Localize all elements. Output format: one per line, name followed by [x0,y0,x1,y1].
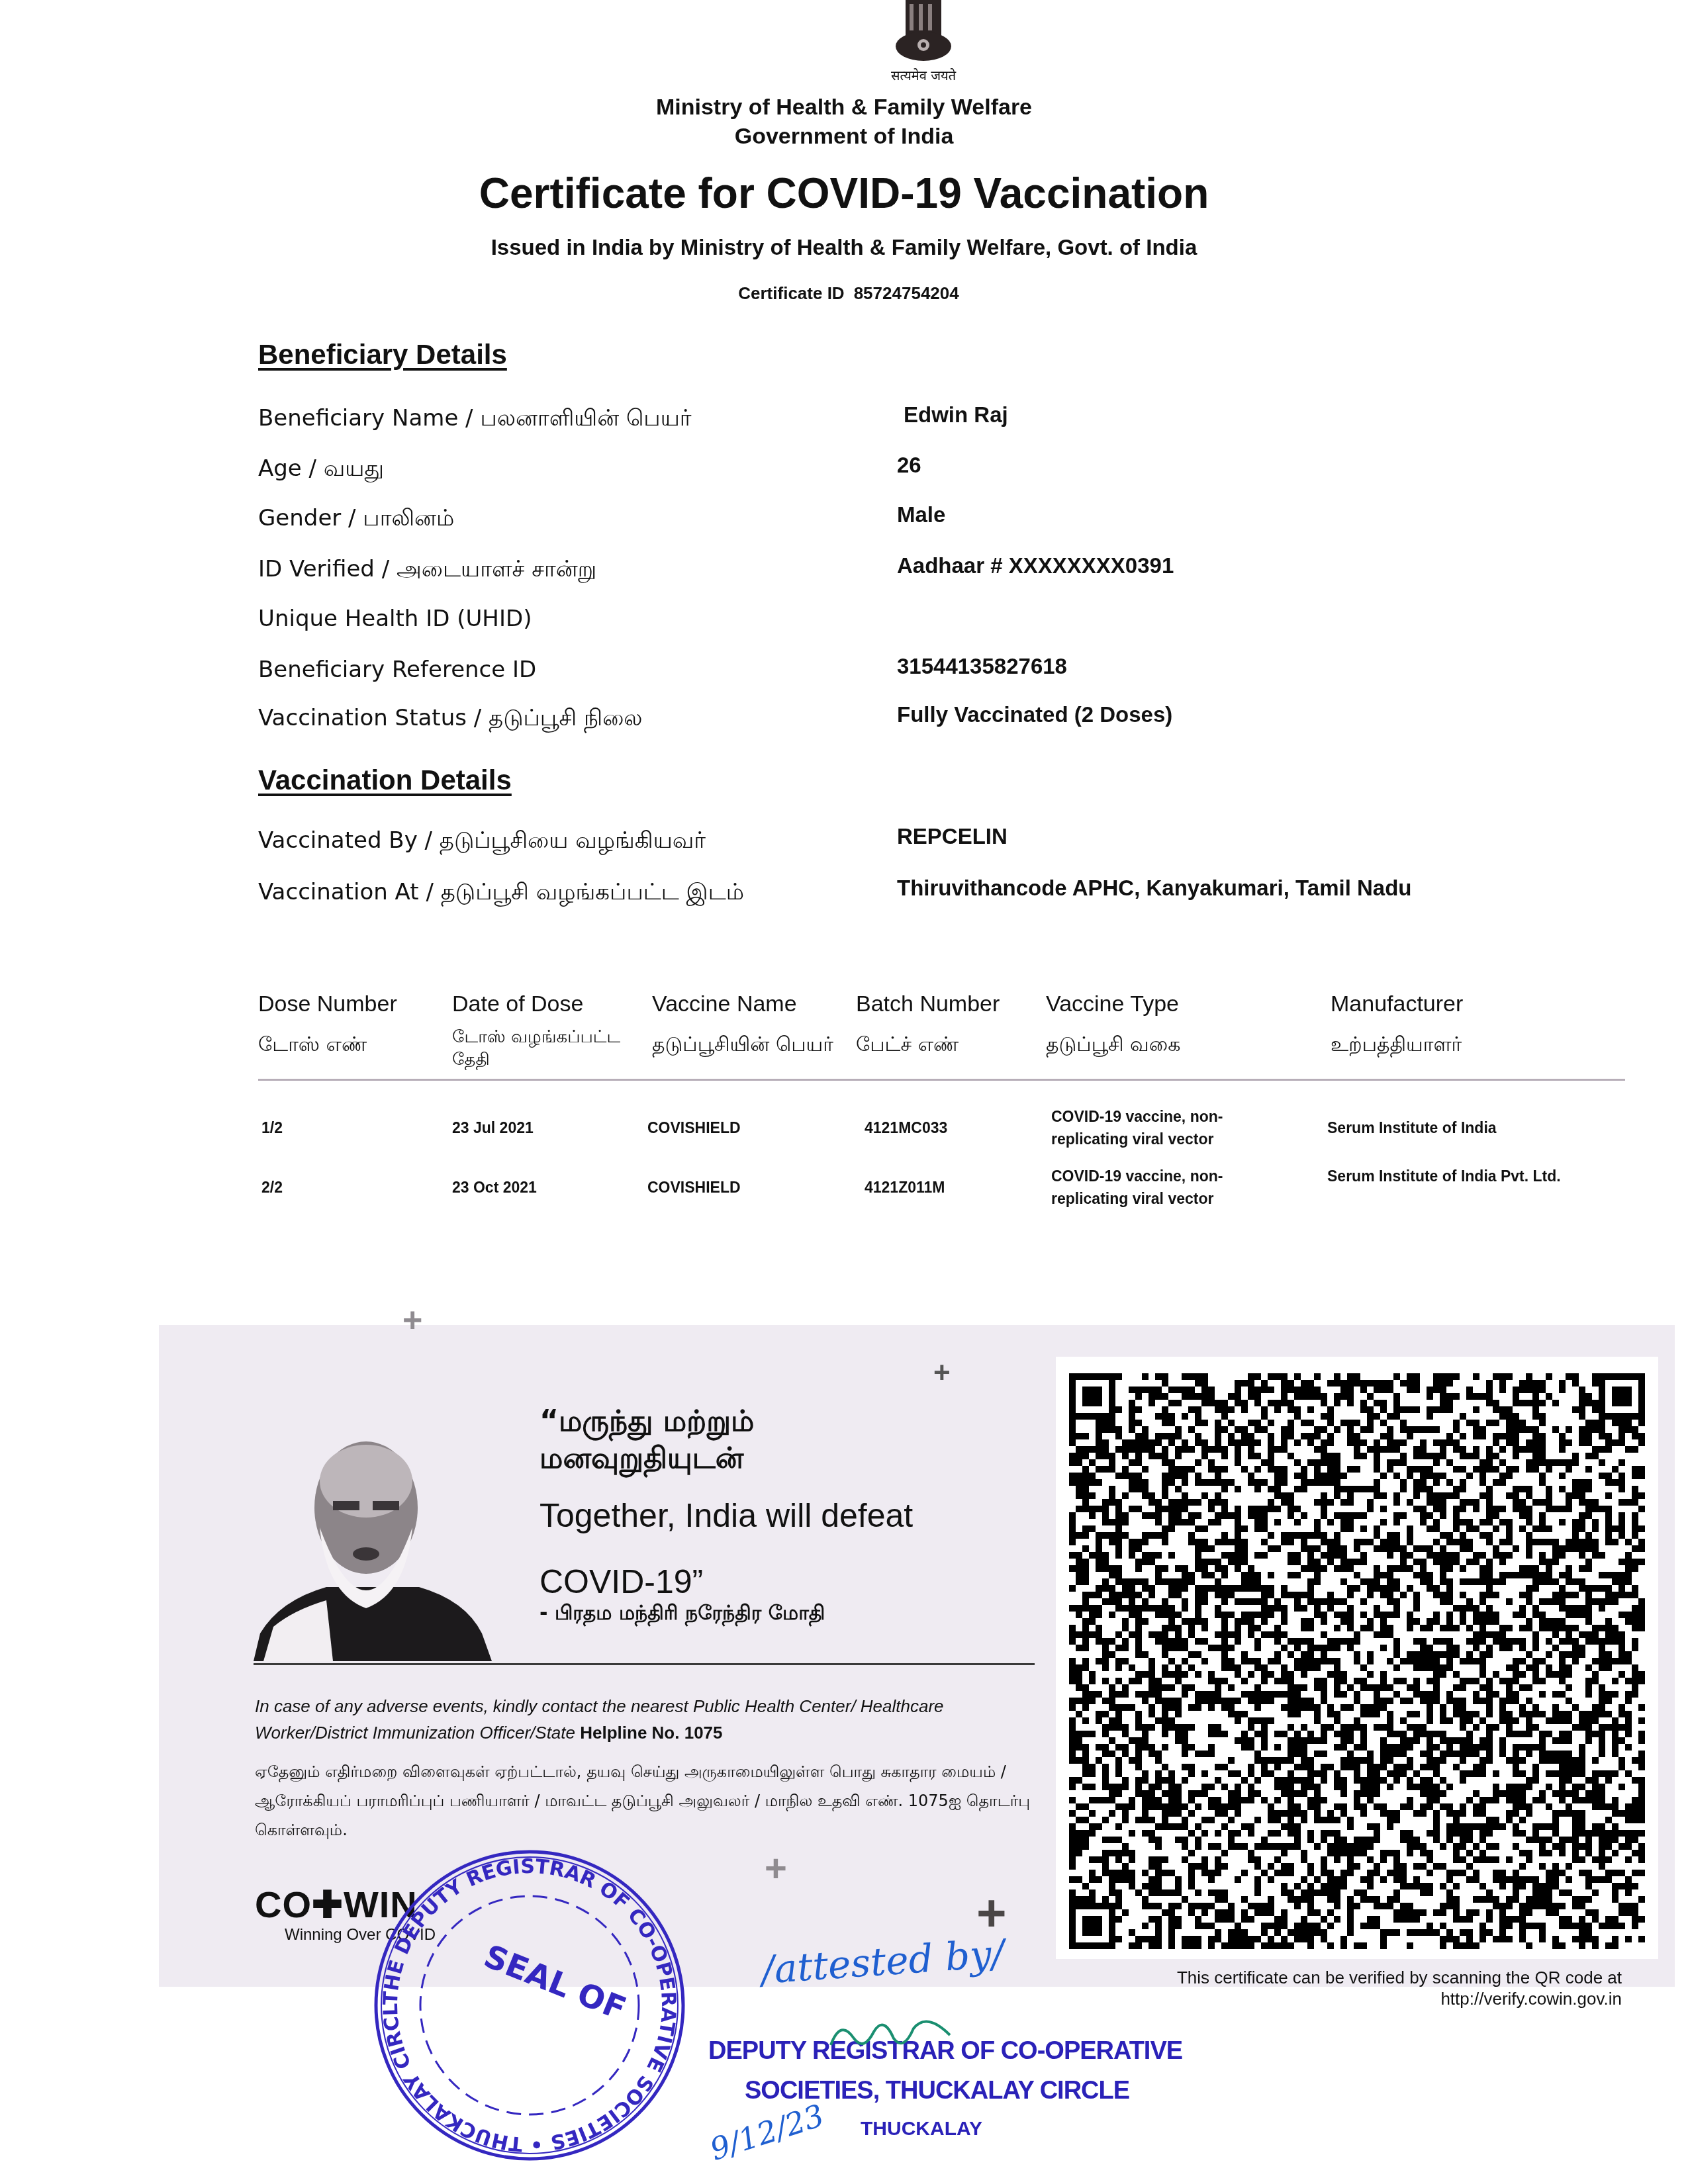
vaccination-field-value: REPCELIN [897,824,1008,849]
certificate-subtitle: Issued in India by Ministry of Health & … [0,235,1688,260]
column-header-tamil: டோஸ் வழங்கப்பட்ட தேதி [452,1026,651,1071]
dose-cell-dose: 2/2 [261,1176,283,1199]
beneficiary-field-label: Vaccination Status / தடுப்பூசி நிலை [258,705,643,734]
quote-english: Together, India will defeat COVID-19” [539,1482,1003,1615]
beneficiary-field-value: 31544135827618 [897,654,1067,679]
beneficiary-field-label: Age / வயது [258,455,384,484]
beneficiary-field-label: Beneficiary Name / பலனாளியின் பெயர் [258,405,692,434]
dose-cell-date: 23 Jul 2021 [452,1116,534,1139]
plus-decoration-icon: + [765,1846,787,1891]
national-emblem-icon [880,0,966,63]
verification-note: This certificate can be verified by scan… [1072,1967,1622,2009]
column-header-tamil: உற்பத்தியாளர் [1331,1034,1462,1056]
verification-url[interactable]: http://verify.cowin.gov.in [1072,1988,1622,2009]
dose-cell-batch: 4121MC033 [865,1116,947,1139]
ministry-name: Ministry of Health & Family Welfare Gove… [0,93,1688,151]
beneficiary-field-value: Fully Vaccinated (2 Doses) [897,702,1172,727]
vaccination-field-value: Thiruvithancode APHC, Kanyakumari, Tamil… [897,876,1411,901]
vaccination-field-label: Vaccinated By / தடுப்பூசியை வழங்கியவர் [258,827,706,856]
verification-qr-code[interactable] [1069,1373,1645,1949]
dose-cell-manufacturer: Serum Institute of India [1327,1116,1592,1139]
beneficiary-field-value: Edwin Raj [904,402,1008,428]
prime-minister-portrait [254,1435,492,1661]
vaccination-details-heading: Vaccination Details [258,764,512,796]
beneficiary-details-heading: Beneficiary Details [258,339,507,371]
vaccination-field-label: Vaccination At / தடுப்பூசி வழங்கப்பட்ட இ… [258,879,744,908]
national-motto: सत्यमेव जयते [874,66,973,84]
dose-cell-type: COVID-19 vaccine, non-replicating viral … [1051,1105,1289,1150]
signature-scribble-icon [827,2012,953,2058]
beneficiary-field-label: Unique Health ID (UHID) [258,606,532,632]
column-header: Dose Number [258,991,397,1017]
column-header: Vaccine Name [652,991,797,1017]
certificate-id-value: 85724754204 [854,283,959,303]
cooperative-seal-stamp: THE DEPUTY REGISTRAR OF CO-OPERATIVE SOC… [371,1846,688,2164]
beneficiary-field-label: ID Verified / அடையாளச் சான்று [258,556,596,585]
dose-cell-date: 23 Oct 2021 [452,1176,537,1199]
certificate-title: Certificate for COVID-19 Vaccination [0,169,1688,218]
column-header-tamil: டோஸ் எண் [258,1034,367,1056]
table-divider [258,1079,1625,1081]
column-header: Date of Dose [452,991,583,1017]
signature-date: 9/12/23 [706,2097,828,2167]
verification-note-line: This certificate can be verified by scan… [1072,1967,1622,1988]
column-header: Vaccine Type [1046,991,1179,1017]
column-header-tamil: தடுப்பூசி வகை [1046,1034,1180,1056]
ministry-line: Ministry of Health & Family Welfare [0,93,1688,122]
dose-cell-dose: 1/2 [261,1116,283,1139]
registrar-stamp-line-3: THUCKALAY [861,2118,982,2140]
quote-tamil: “மருந்து மற்றும் மனவுறுதியுடன் [539,1403,831,1477]
helpline-number: Helpline No. 1075 [580,1723,722,1743]
certificate-id-label: Certificate ID [738,283,844,303]
column-header-tamil: தடுப்பூசியின் பெயர் [652,1034,833,1056]
dose-cell-vaccine: COVISHIELD [647,1116,741,1139]
plus-decoration-icon: + [402,1300,422,1340]
beneficiary-field-label: Beneficiary Reference ID [258,657,536,683]
quote-attribution: - பிரதம மந்திரி நரேந்திர மோதி [539,1602,825,1627]
government-line: Government of India [0,122,1688,151]
seal-center-text: SEAL OF [479,1938,631,2028]
column-header: Manufacturer [1331,991,1463,1017]
column-header: Batch Number [856,991,1000,1017]
panel-divider [254,1663,1035,1665]
adverse-events-notice: In case of any adverse events, kindly co… [255,1693,1036,1746]
beneficiary-field-value: Aadhaar # XXXXXXXX0391 [897,553,1174,578]
registrar-stamp-line-2: SOCIETIES, THUCKALAY CIRCLE [745,2077,1129,2105]
dose-cell-batch: 4121Z011M [865,1176,945,1199]
dose-cell-type: COVID-19 vaccine, non-replicating viral … [1051,1165,1289,1210]
certificate-id: Certificate ID85724754204 [0,283,1688,304]
dose-cell-vaccine: COVISHIELD [647,1176,741,1199]
beneficiary-field-label: Gender / பாலினம் [258,505,454,534]
beneficiary-field-value: 26 [897,453,921,478]
plus-decoration-icon: + [933,1357,951,1390]
column-header-tamil: பேட்ச் எண் [856,1034,959,1056]
adverse-events-notice-tamil: ஏதேனும் எதிர்மறை விளைவுகள் ஏற்பட்டால், த… [255,1757,1036,1844]
beneficiary-field-value: Male [897,502,945,527]
dose-cell-manufacturer: Serum Institute of India Pvt. Ltd. [1327,1165,1592,1187]
